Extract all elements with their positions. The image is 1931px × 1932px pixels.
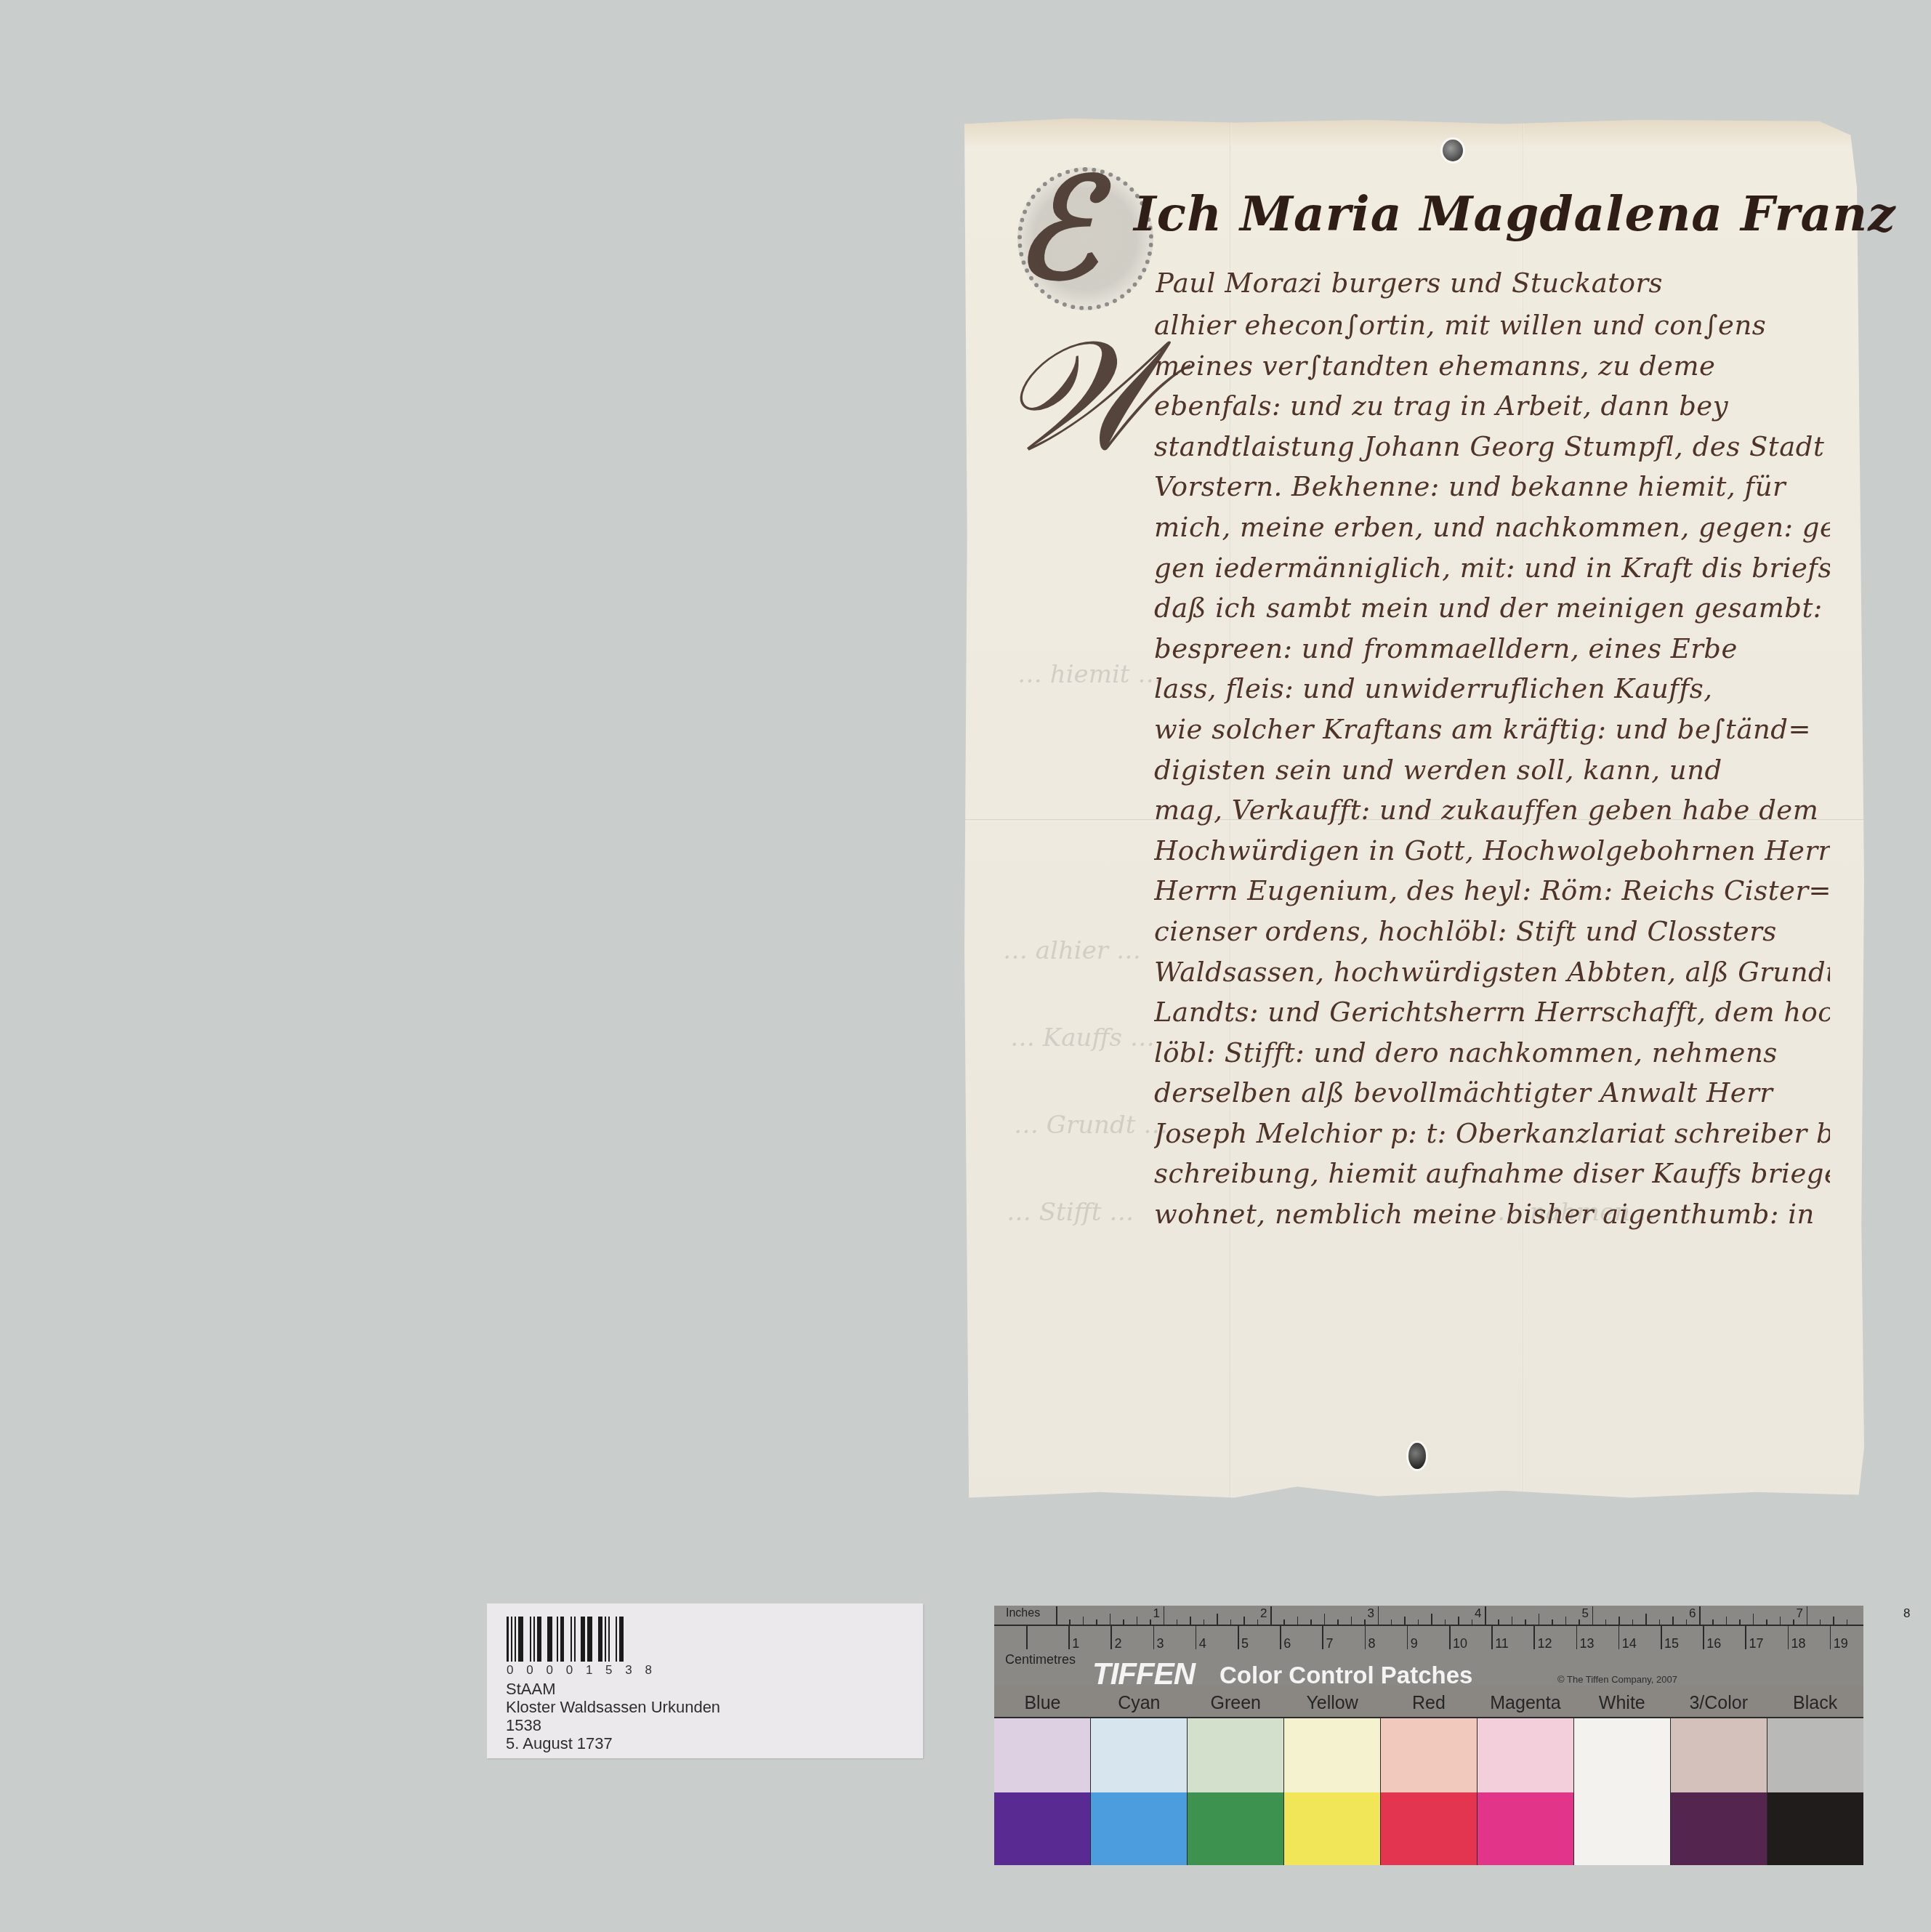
inch-tick	[1164, 1606, 1165, 1625]
color-patch-light	[1284, 1718, 1381, 1794]
punch-hole-icon	[1443, 140, 1463, 161]
inch-tick	[1270, 1606, 1272, 1625]
punch-hole-icon	[1408, 1443, 1426, 1469]
inch-tick	[1632, 1619, 1634, 1625]
inch-tick	[1177, 1619, 1178, 1625]
inch-tick	[1083, 1617, 1084, 1625]
manuscript-line: digisten sein und werden soll, kann, und	[1154, 750, 1830, 791]
inch-tick	[1056, 1606, 1057, 1625]
cm-number: 15	[1664, 1636, 1679, 1651]
inch-tick	[1512, 1617, 1513, 1625]
inch-tick	[1712, 1619, 1714, 1625]
barcode-digit: 5	[605, 1663, 612, 1678]
inch-number: 5	[1582, 1606, 1589, 1621]
inch-tick	[1659, 1619, 1661, 1625]
inch-number: 8	[1903, 1606, 1910, 1621]
cm-tick	[1449, 1626, 1451, 1649]
inch-tick	[1257, 1619, 1259, 1625]
color-patch-dark	[1091, 1792, 1188, 1865]
inch-tick	[1539, 1614, 1540, 1625]
patch-label: Green	[1188, 1693, 1284, 1714]
chart-title: Color Control Patches	[1220, 1662, 1472, 1689]
cm-tick	[1110, 1626, 1112, 1649]
inch-tick	[1833, 1617, 1834, 1625]
cm-tick	[1280, 1626, 1281, 1649]
inch-tick	[1498, 1619, 1499, 1625]
cm-tick	[1830, 1626, 1831, 1649]
manuscript-line: mich, meine erben, und nachkommen, gegen…	[1154, 507, 1830, 548]
manuscript-line: Hochwürdigen in Gott, Hochwolgebohrnen H…	[1154, 831, 1830, 872]
cm-tick	[1153, 1626, 1155, 1649]
color-patch-dark	[1478, 1792, 1574, 1865]
inch-tick	[1753, 1614, 1754, 1625]
bleed-through-text: … hiemit …	[1017, 654, 1162, 695]
inch-number: 1	[1153, 1606, 1160, 1621]
cm-tick	[1365, 1626, 1366, 1649]
manuscript-line: Waldsassen, hochwürdigsten Abbten, alß G…	[1154, 952, 1830, 993]
manuscript-line: löbl: Stifft: und dero nachkommen, nehme…	[1154, 1033, 1830, 1074]
patch-label: White	[1573, 1693, 1670, 1714]
patch-label: Cyan	[1091, 1693, 1188, 1714]
manuscript-line: wie solcher Kraftans am kräftig: und be∫…	[1154, 709, 1830, 750]
cm-number: 13	[1580, 1636, 1595, 1651]
cm-number: 16	[1706, 1636, 1721, 1651]
inch-tick	[1780, 1617, 1781, 1625]
centimetres-label: Centimetres	[1005, 1652, 1076, 1667]
cm-tick	[1661, 1626, 1662, 1649]
cm-tick	[1745, 1626, 1746, 1649]
inch-tick	[1243, 1617, 1245, 1625]
barcode-digit: 1	[586, 1663, 592, 1678]
inch-tick	[1283, 1619, 1285, 1625]
color-patch-dark	[1284, 1792, 1381, 1865]
manuscript-line: wohnet, nemblich meine bisher aigenthumb…	[1154, 1194, 1830, 1235]
cm-number: 12	[1537, 1636, 1552, 1651]
manuscript-line: mag, Verkaufft: und zukauffen geben habe…	[1154, 790, 1830, 831]
patch-label: Black	[1767, 1693, 1863, 1714]
inch-tick	[1378, 1606, 1379, 1625]
inch-tick	[1204, 1619, 1205, 1625]
inch-number: 6	[1689, 1606, 1696, 1621]
barcode-icon	[507, 1617, 626, 1662]
manuscript-line: Paul Morazi burgers und Stuckators	[1156, 263, 1831, 304]
color-patch-light	[1767, 1718, 1863, 1794]
archive-label: 0 0 0 0 1 5 3 8 StAAM Kloster Waldsassen…	[487, 1603, 923, 1758]
inch-tick	[1645, 1614, 1647, 1625]
inch-tick	[1458, 1617, 1459, 1625]
inch-tick	[1431, 1614, 1432, 1625]
color-patch-dark	[1381, 1792, 1478, 1865]
bleed-through-text: … Grundt …	[1014, 1105, 1168, 1146]
patch-label: Yellow	[1284, 1693, 1381, 1714]
inch-tick	[1190, 1617, 1191, 1625]
barcode-digit: 0	[507, 1663, 513, 1678]
manuscript-body: alhier ehecon∫ortin, mit willen und con∫…	[1154, 305, 1830, 1235]
ruler-baseline	[994, 1625, 1863, 1626]
cm-tick	[1788, 1626, 1789, 1649]
inch-tick	[1110, 1614, 1111, 1625]
cm-number: 10	[1453, 1636, 1467, 1651]
label-number: 1538	[506, 1716, 720, 1734]
manuscript-line: lass, fleis: und unwiderruflichen Kauffs…	[1154, 669, 1830, 709]
cm-number: 9	[1411, 1636, 1418, 1651]
color-patch-light	[1188, 1718, 1284, 1794]
inch-tick	[1337, 1619, 1339, 1625]
patches-dark-row	[994, 1792, 1863, 1865]
color-patch-light	[1091, 1718, 1188, 1794]
patch-label: 3/Color	[1670, 1693, 1767, 1714]
bleed-through-text: … Kauffs …	[1010, 1018, 1155, 1058]
manuscript-line: Joseph Melchior p: t: Oberkanzlariat sch…	[1154, 1114, 1830, 1154]
color-patch-dark	[1574, 1792, 1671, 1865]
inch-tick	[1404, 1617, 1406, 1625]
barcode-digit: 0	[526, 1663, 533, 1678]
inch-tick	[1739, 1619, 1741, 1625]
manuscript-line: Herrn Eugenium, des heyl: Röm: Reichs Ci…	[1154, 871, 1830, 911]
cm-number: 18	[1791, 1636, 1806, 1651]
barcode-digit: 8	[645, 1663, 652, 1678]
color-patch-light	[1574, 1718, 1671, 1794]
color-patch-dark	[1188, 1792, 1284, 1865]
chart-copyright: © The Tiffen Company, 2007	[1557, 1674, 1677, 1685]
manuscript-line: derselben alß bevollmächtigter Anwalt He…	[1154, 1073, 1830, 1114]
inch-tick	[1217, 1614, 1218, 1625]
inch-tick	[1418, 1619, 1419, 1625]
color-patch-light	[1671, 1718, 1767, 1794]
color-patch-dark	[1767, 1792, 1863, 1865]
inch-tick	[1096, 1619, 1097, 1625]
color-patch-light	[1478, 1718, 1574, 1794]
cm-number: 11	[1495, 1636, 1509, 1651]
inch-number: 2	[1260, 1606, 1267, 1621]
inch-tick	[1297, 1617, 1299, 1625]
manuscript-line: gen iedermänniglich, mit: und in Kraft d…	[1154, 548, 1830, 589]
patch-label: Red	[1381, 1693, 1478, 1714]
cm-number: 19	[1834, 1636, 1848, 1651]
inch-tick	[1485, 1606, 1486, 1625]
cm-number: 4	[1199, 1636, 1206, 1651]
label-date: 5. August 1737	[506, 1734, 720, 1752]
manuscript-line: ebenfals: und zu trag in Arbeit, dann be…	[1154, 386, 1830, 427]
inch-tick	[1820, 1619, 1821, 1625]
cm-tick	[1196, 1626, 1197, 1649]
inch-tick	[1472, 1619, 1473, 1625]
inch-tick	[1137, 1617, 1138, 1625]
barcode-digit: 0	[566, 1663, 573, 1678]
manuscript-line: cienser ordens, hochlöbl: Stift und Clos…	[1154, 911, 1830, 952]
ruler: Inches Centimetres 123456781234567891011…	[994, 1606, 1863, 1686]
manuscript-line: Landts: und Gerichtsherrn Herrschafft, d…	[1154, 992, 1830, 1033]
inch-tick	[1699, 1606, 1701, 1625]
inch-tick	[1618, 1617, 1620, 1625]
patch-names: BlueCyanGreenYellowRedMagentaWhite3/Colo…	[994, 1693, 1863, 1714]
inch-tick	[1445, 1619, 1446, 1625]
inch-tick	[1150, 1619, 1151, 1625]
inch-tick	[1525, 1619, 1526, 1625]
inch-number: 7	[1797, 1606, 1803, 1621]
color-control-chart: Inches Centimetres 123456781234567891011…	[994, 1606, 1863, 1865]
inches-label: Inches	[1006, 1607, 1040, 1620]
color-patch-dark	[994, 1792, 1091, 1865]
label-repository: StAAM	[506, 1680, 720, 1698]
inch-tick	[1592, 1606, 1594, 1625]
inch-tick	[1324, 1614, 1326, 1625]
barcode-digit: 0	[546, 1663, 552, 1678]
inch-tick	[1310, 1619, 1312, 1625]
barcode-digit: 3	[625, 1663, 632, 1678]
cm-number: 7	[1326, 1636, 1333, 1651]
patches-light-row	[994, 1717, 1863, 1794]
manuscript-line: bespreen: und frommaelldern, eines Erbe	[1154, 629, 1830, 669]
cm-tick	[1533, 1626, 1535, 1649]
cm-tick	[1322, 1626, 1323, 1649]
cm-tick	[1491, 1626, 1493, 1649]
manuscript-title-line: Ich Maria Magdalena Franz	[1134, 185, 1853, 242]
inch-tick	[1230, 1619, 1232, 1625]
inch-number: 4	[1475, 1606, 1481, 1621]
cm-tick	[1703, 1626, 1704, 1649]
manuscript-line: alhier ehecon∫ortin, mit willen und con∫…	[1154, 305, 1830, 346]
inch-tick	[1726, 1617, 1728, 1625]
cm-number: 6	[1283, 1636, 1291, 1651]
inch-number: 3	[1368, 1606, 1374, 1621]
cm-tick	[1238, 1626, 1239, 1649]
manuscript-line: standtlaistung Johann Georg Stumpfl, des…	[1154, 427, 1830, 467]
paper-edge-stain	[964, 118, 1864, 148]
inch-tick	[1686, 1619, 1688, 1625]
color-patch-light	[994, 1718, 1091, 1794]
cm-number: 8	[1368, 1636, 1376, 1651]
inch-tick	[1565, 1617, 1567, 1625]
bleed-through-text: … Stifft …	[1007, 1192, 1134, 1233]
color-patch-dark	[1671, 1792, 1767, 1865]
inch-tick	[1807, 1606, 1808, 1625]
patch-label: Blue	[994, 1693, 1091, 1714]
manuscript-line: meines ver∫tandten ehemanns, zu deme	[1154, 346, 1830, 387]
inch-tick	[1793, 1619, 1794, 1625]
tiffen-logo: TIFFEN	[1092, 1657, 1195, 1691]
cm-number: 3	[1157, 1636, 1164, 1651]
inch-tick	[1766, 1619, 1767, 1625]
cm-tick	[1618, 1626, 1620, 1649]
cm-number: 17	[1749, 1636, 1763, 1651]
inch-tick	[1552, 1619, 1553, 1625]
cm-number: 2	[1114, 1636, 1121, 1651]
inch-tick	[1069, 1619, 1071, 1625]
cm-tick	[1068, 1626, 1070, 1649]
inch-tick	[1579, 1619, 1580, 1625]
inch-tick	[1672, 1617, 1674, 1625]
color-patch-light	[1381, 1718, 1478, 1794]
manuscript-line: daß ich sambt mein und der meinigen gesa…	[1154, 588, 1830, 629]
cm-tick	[1407, 1626, 1408, 1649]
cm-number: 5	[1241, 1636, 1249, 1651]
patch-label: Magenta	[1477, 1693, 1573, 1714]
inch-tick	[1364, 1619, 1366, 1625]
decorative-initial-icon: ℰ	[1014, 160, 1097, 298]
inch-tick	[1123, 1619, 1124, 1625]
manuscript-line: schreibung, hiemit aufnahme diser Kauffs…	[1154, 1154, 1830, 1194]
cm-number: 1	[1072, 1636, 1079, 1651]
cm-number: 14	[1622, 1636, 1637, 1651]
label-collection: Kloster Waldsassen Urkunden	[506, 1698, 720, 1716]
barcode-digits: 0 0 0 0 1 5 3 8	[507, 1663, 652, 1678]
decorative-flourish-icon: 𝒲	[999, 320, 1159, 472]
inch-tick	[1351, 1617, 1352, 1625]
cm-tick	[1576, 1626, 1578, 1649]
inch-tick	[1847, 1619, 1848, 1625]
inch-tick	[1605, 1619, 1607, 1625]
manuscript-line: Vorstern. Bekhenne: und bekanne hiemit, …	[1154, 467, 1830, 507]
cm-tick	[1026, 1626, 1028, 1649]
inch-tick	[1391, 1619, 1392, 1625]
bleed-through-text: … alhier …	[1003, 930, 1141, 971]
